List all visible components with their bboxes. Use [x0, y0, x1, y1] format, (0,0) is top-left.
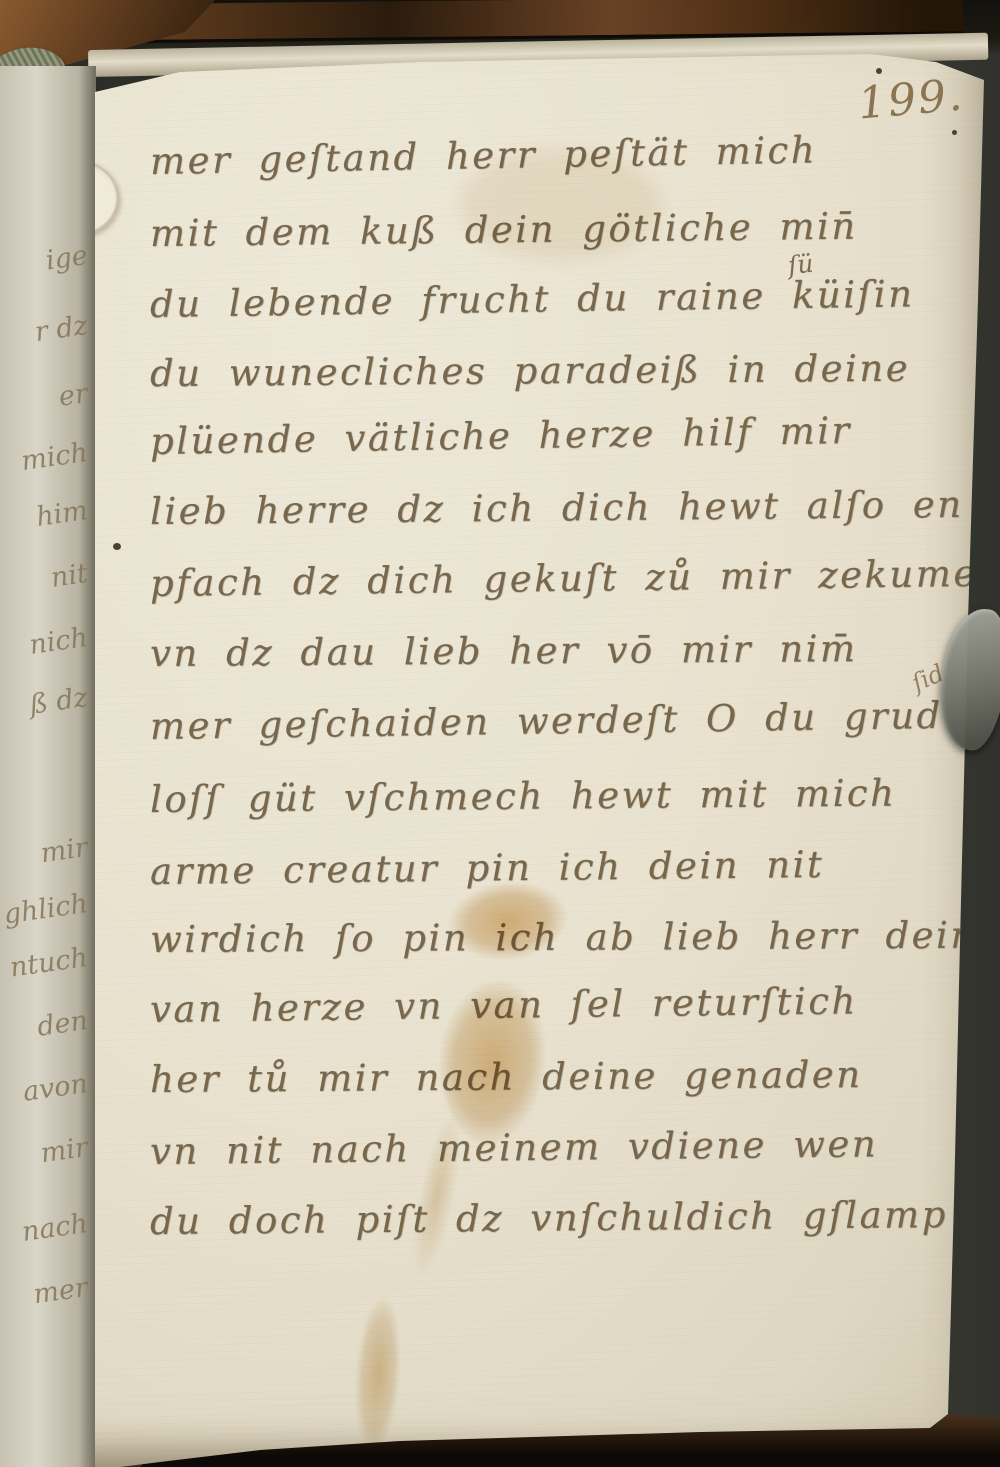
text-fragment: nich: [0, 622, 90, 665]
water-stain-tail: [351, 1295, 406, 1454]
manuscript-line: du lebende frucht du raine küiſin: [150, 272, 951, 326]
manuscript-line: arme creatur pin ich dein nit: [150, 842, 950, 893]
text-fragment: r dz: [0, 310, 90, 353]
ink-dot: [113, 543, 121, 550]
text-fragment: nach: [0, 1208, 90, 1251]
manuscript-line: plüende vätliche herze hilf mir: [150, 407, 951, 463]
manuscript-line: van herze vn van ſel returſtich: [150, 978, 950, 1031]
text-fragment: ntuch: [0, 942, 90, 985]
folio-number: 199.: [856, 69, 966, 129]
text-fragment: mer: [0, 1272, 90, 1315]
manuscript-line: du doch piſt dz vnſchuldich gſlamp: [150, 1193, 950, 1243]
faint-stain: [460, 150, 660, 260]
text-fragment: ghlich: [0, 888, 90, 931]
manuscript-line: pfach dz dich gekuſt zů mir zekume: [150, 552, 950, 605]
manuscript-line: vn nit nach meinem vdiene wen: [150, 1122, 950, 1173]
text-fragment: den: [0, 1005, 90, 1048]
text-fragment: er: [0, 378, 90, 421]
interlinear-insertion: ſü: [787, 249, 815, 280]
text-fragment: mir: [0, 1132, 90, 1175]
manuscript-line: mer geſchaiden werdeſt O du grud: [150, 694, 951, 748]
ink-dot: [876, 68, 882, 74]
manuscript-line: loſſ güt vſchmech hewt mit mich: [150, 771, 950, 821]
text-fragment: nit: [0, 558, 90, 601]
text-fragment: mich: [0, 437, 90, 480]
manuscript-line: lieb herre dz ich dich hewt alſo en =: [150, 483, 950, 533]
manuscript-line: her tů mir nach deine genaden: [150, 1052, 950, 1101]
text-fragment: mir: [0, 832, 90, 875]
manuscript-line: du wunecliches paradeiß in deine: [150, 346, 950, 395]
manuscript-photo: ige r dz er mich him nit nich ß dz mir g…: [0, 0, 1000, 1467]
text-fragment: ß dz: [0, 682, 90, 725]
text-fragment: ige: [0, 240, 90, 283]
text-fragment: avon: [0, 1068, 90, 1111]
ink-dot: [952, 130, 957, 135]
manuscript-line: vn dz dau lieb her vō mir nim̄: [150, 626, 950, 675]
text-fragment: him: [0, 495, 90, 538]
previous-page-edge: ige r dz er mich him nit nich ß dz mir g…: [0, 66, 96, 1467]
manuscript-page: 199. mer geſtand herr peſtät mich mit de…: [0, 0, 1000, 1467]
